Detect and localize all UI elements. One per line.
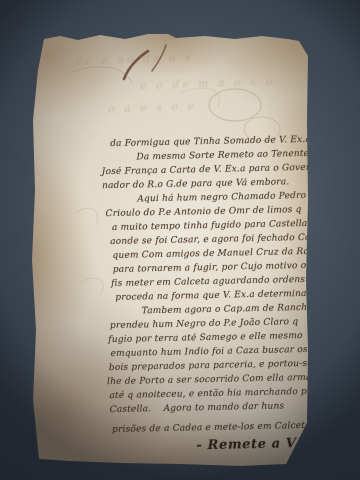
ghost-swirl-mark xyxy=(70,67,132,83)
manuscript-line: Castella. Agora to mando dar huns xyxy=(110,399,314,417)
manuscript-page: co e ao de o se o de m a o c oo a e s o … xyxy=(30,33,310,467)
photo-backdrop: co e ao de o se o de m a o c oo a e s o … xyxy=(0,0,360,480)
manuscript-signature-line: - Remete a V. Ex.a e R. xyxy=(196,435,314,455)
ghost-swirl-mark xyxy=(75,208,98,225)
manuscript-line: prisões de a Cadea e mete-los em Calceta… xyxy=(112,419,314,437)
manuscript-text: da Formigua que Tinha Somado de V. Ex.aD… xyxy=(110,133,315,457)
ghost-swirl-mark xyxy=(80,278,103,295)
